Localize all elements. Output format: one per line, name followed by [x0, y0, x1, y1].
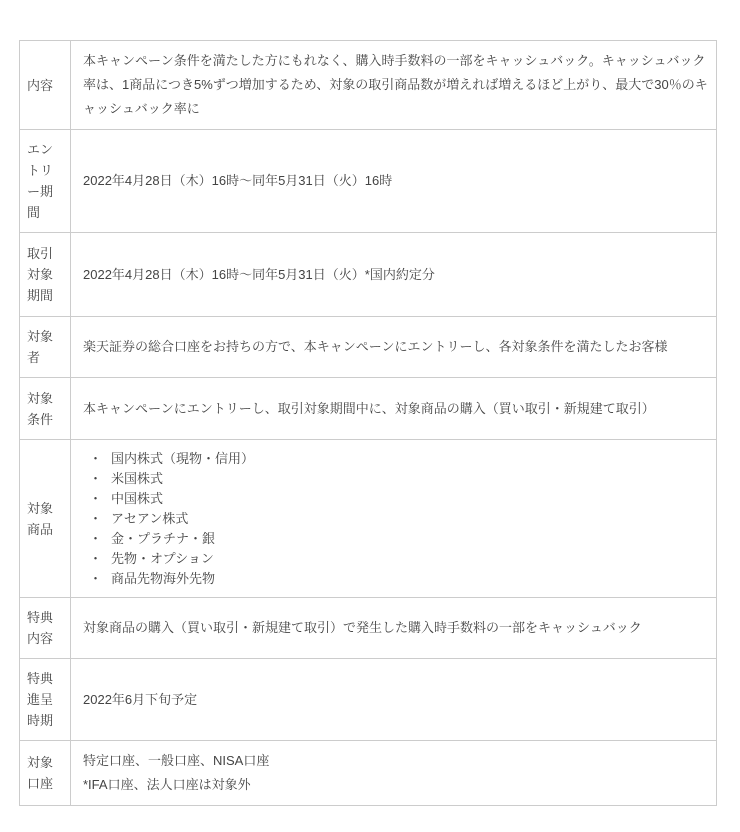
row-value-conditions: 本キャンペーンにエントリーし、取引対象期間中に、対象商品の購入（買い取引・新規建…: [71, 378, 717, 440]
product-list-item: 国内株式（現物・信用）: [83, 449, 708, 469]
product-list: 国内株式（現物・信用） 米国株式 中国株式 アセアン株式 金・プラチナ・銀 先物…: [83, 449, 708, 589]
table-row-trade-period: 取引対象期間 2022年4月28日（木）16時～同年5月31日（火）*国内約定分: [20, 233, 717, 317]
table-row-products: 対象商品 国内株式（現物・信用） 米国株式 中国株式 アセアン株式 金・プラチナ…: [20, 440, 717, 598]
table-row-entry-period: エントリー期間 2022年4月28日（木）16時～同年5月31日（火）16時: [20, 130, 717, 233]
row-header-benefit-timing: 特典進呈時期: [20, 659, 71, 741]
row-header-conditions: 対象条件: [20, 378, 71, 440]
row-header-eligible-persons: 対象者: [20, 317, 71, 378]
row-value-products: 国内株式（現物・信用） 米国株式 中国株式 アセアン株式 金・プラチナ・銀 先物…: [71, 440, 717, 598]
product-list-item: 中国株式: [83, 489, 708, 509]
row-value-benefit-timing: 2022年6月下旬予定: [71, 659, 717, 741]
table-row-conditions: 対象条件 本キャンペーンにエントリーし、取引対象期間中に、対象商品の購入（買い取…: [20, 378, 717, 440]
row-value-benefit: 対象商品の購入（買い取引・新規建て取引）で発生した購入時手数料の一部をキャッシュ…: [71, 598, 717, 659]
table-row-accounts: 対象口座 特定口座、一般口座、NISA口座 *IFA口座、法人口座は対象外: [20, 741, 717, 806]
row-header-benefit: 特典内容: [20, 598, 71, 659]
row-header-entry-period: エントリー期間: [20, 130, 71, 233]
row-value-text: *IFA口座、法人口座は対象外: [83, 773, 708, 797]
row-value-text: 2022年4月28日（木）16時～同年5月31日（火）16時: [83, 169, 708, 193]
product-list-item: 商品先物海外先物: [83, 569, 708, 589]
table-row-benefit-timing: 特典進呈時期 2022年6月下旬予定: [20, 659, 717, 741]
row-header-accounts: 対象口座: [20, 741, 71, 806]
row-value-entry-period: 2022年4月28日（木）16時～同年5月31日（火）16時: [71, 130, 717, 233]
row-value-eligible-persons: 楽天証券の総合口座をお持ちの方で、本キャンペーンにエントリーし、各対象条件を満た…: [71, 317, 717, 378]
row-value-text: 対象商品の購入（買い取引・新規建て取引）で発生した購入時手数料の一部をキャッシュ…: [83, 616, 708, 640]
product-list-item: 金・プラチナ・銀: [83, 529, 708, 549]
row-value-trade-period: 2022年4月28日（木）16時～同年5月31日（火）*国内約定分: [71, 233, 717, 317]
row-value-content: 本キャンペーン条件を満たした方にもれなく、購入時手数料の一部をキャッシュバック。…: [71, 41, 717, 130]
product-list-item: 米国株式: [83, 469, 708, 489]
table-row-content: 内容 本キャンペーン条件を満たした方にもれなく、購入時手数料の一部をキャッシュバ…: [20, 41, 717, 130]
table-row-benefit: 特典内容 対象商品の購入（買い取引・新規建て取引）で発生した購入時手数料の一部を…: [20, 598, 717, 659]
row-value-text: 2022年4月28日（木）16時～同年5月31日（火）*国内約定分: [83, 263, 708, 287]
row-value-accounts: 特定口座、一般口座、NISA口座 *IFA口座、法人口座は対象外: [71, 741, 717, 806]
table-row-eligible-persons: 対象者 楽天証券の総合口座をお持ちの方で、本キャンペーンにエントリーし、各対象条…: [20, 317, 717, 378]
row-header-products: 対象商品: [20, 440, 71, 598]
page: 内容 本キャンペーン条件を満たした方にもれなく、購入時手数料の一部をキャッシュバ…: [0, 0, 740, 806]
campaign-detail-table: 内容 本キャンペーン条件を満たした方にもれなく、購入時手数料の一部をキャッシュバ…: [19, 40, 717, 806]
row-value-text: 本キャンペーンにエントリーし、取引対象期間中に、対象商品の購入（買い取引・新規建…: [83, 397, 708, 421]
row-header-content: 内容: [20, 41, 71, 130]
product-list-item: 先物・オプション: [83, 549, 708, 569]
row-value-text: 2022年6月下旬予定: [83, 688, 708, 712]
row-value-text: 特定口座、一般口座、NISA口座: [83, 749, 708, 773]
row-header-trade-period: 取引対象期間: [20, 233, 71, 317]
product-list-item: アセアン株式: [83, 509, 708, 529]
row-value-text: 楽天証券の総合口座をお持ちの方で、本キャンペーンにエントリーし、各対象条件を満た…: [83, 335, 708, 359]
row-value-text: 本キャンペーン条件を満たした方にもれなく、購入時手数料の一部をキャッシュバック。…: [83, 49, 708, 121]
